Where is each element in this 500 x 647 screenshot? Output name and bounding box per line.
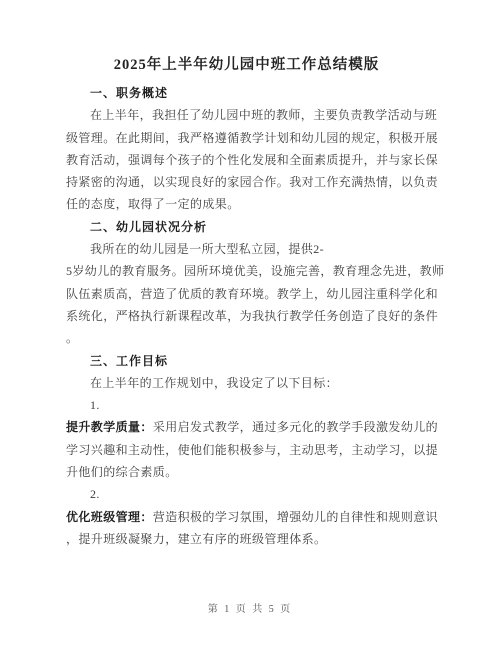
bold-text-segment: 一、职务概述 [90, 86, 168, 100]
text-line: 系统化，严格执行新课程改革，为我执行教学任务创造了良好的条件 [66, 305, 427, 327]
text-segment: 营造积极的学习氛围，增强幼儿的自律性和规则意识 [153, 510, 438, 524]
text-line: 2. [66, 483, 427, 505]
text-line: 在上半年，我担任了幼儿园中班的教师，主要负责教学活动与班 [66, 104, 427, 126]
text-segment: 采用启发式教学，通过多元化的教学手段激发幼儿的 [153, 420, 438, 434]
text-line: 级管理。在此期间，我严格遵循教学计划和幼儿园的规定，积极开展 [66, 127, 427, 149]
document-body: 一、职务概述在上半年，我担任了幼儿园中班的教师，主要负责教学活动与班级管理。在此… [66, 82, 427, 550]
text-segment: 1. [90, 398, 100, 412]
page-number-footer: 第 1 页 共 5 页 [0, 600, 500, 615]
text-segment: 我所在的幼儿园是一所大型私立园，提供2- [90, 242, 324, 256]
document-page: 2025年上半年幼儿园中班工作总结模版 一、职务概述在上半年，我担任了幼儿园中班… [0, 0, 500, 647]
text-line: 教育活动，强调每个孩子的个性化发展和全面素质提升，并与家长保 [66, 149, 427, 171]
section-heading: 一、职务概述 [66, 82, 427, 104]
text-line: 1. [66, 394, 427, 416]
text-line: 提升教学质量：采用启发式教学，通过多元化的教学手段激发幼儿的 [66, 416, 427, 438]
text-line: 队伍素质高，营造了优质的教育环境。教学上，幼儿园注重科学化和 [66, 283, 427, 305]
text-line: 持紧密的沟通，以实现良好的家园合作。我对工作充满热情，以负责 [66, 171, 427, 193]
text-segment: 学习兴趣和主动性，使他们能积极参与，主动思考，主动学习，以提 [66, 443, 438, 457]
text-segment: 5岁幼儿的教育服务。园所环境优美，设施完善，教育理念先进，教师 [66, 264, 444, 278]
text-segment: 。 [66, 331, 78, 345]
text-segment: 在上半年的工作规划中，我设定了以下目标： [90, 376, 338, 390]
text-segment: 教育活动，强调每个孩子的个性化发展和全面素质提升，并与家长保 [66, 153, 438, 167]
bold-text-segment: 提升教学质量： [66, 420, 153, 434]
text-line: 升他们的综合素质。 [66, 461, 427, 483]
text-line: 5岁幼儿的教育服务。园所环境优美，设施完善，教育理念先进，教师 [66, 260, 427, 282]
document-title: 2025年上半年幼儿园中班工作总结模版 [66, 52, 427, 78]
text-segment: 在上半年，我担任了幼儿园中班的教师，主要负责教学活动与班 [90, 108, 437, 122]
text-segment: 升他们的综合素质。 [66, 465, 178, 479]
bold-text-segment: 三、工作目标 [90, 354, 168, 368]
text-segment: 任的态度，取得了一定的成果。 [66, 197, 240, 211]
bold-text-segment: 优化班级管理： [66, 510, 153, 524]
text-segment: 2. [90, 487, 100, 501]
text-segment: 系统化，严格执行新课程改革，为我执行教学任务创造了良好的条件 [66, 309, 438, 323]
text-segment: 持紧密的沟通，以实现良好的家园合作。我对工作充满热情，以负责 [66, 175, 438, 189]
bold-text-segment: 二、幼儿园状况分析 [90, 220, 207, 234]
text-line: 我所在的幼儿园是一所大型私立园，提供2- [66, 238, 427, 260]
text-line: 学习兴趣和主动性，使他们能积极参与，主动思考，主动学习，以提 [66, 439, 427, 461]
text-segment: 级管理。在此期间，我严格遵循教学计划和幼儿园的规定，积极开展 [66, 131, 438, 145]
text-segment: ，提升班级凝聚力，建立有序的班级管理体系。 [66, 532, 326, 546]
section-heading: 三、工作目标 [66, 350, 427, 372]
text-line: ，提升班级凝聚力，建立有序的班级管理体系。 [66, 528, 427, 550]
text-line: 优化班级管理：营造积极的学习氛围，增强幼儿的自律性和规则意识 [66, 506, 427, 528]
text-line: 任的态度，取得了一定的成果。 [66, 193, 427, 215]
text-segment: 队伍素质高，营造了优质的教育环境。教学上，幼儿园注重科学化和 [66, 287, 438, 301]
text-line: 。 [66, 327, 427, 349]
section-heading: 二、幼儿园状况分析 [66, 216, 427, 238]
text-line: 在上半年的工作规划中，我设定了以下目标： [66, 372, 427, 394]
